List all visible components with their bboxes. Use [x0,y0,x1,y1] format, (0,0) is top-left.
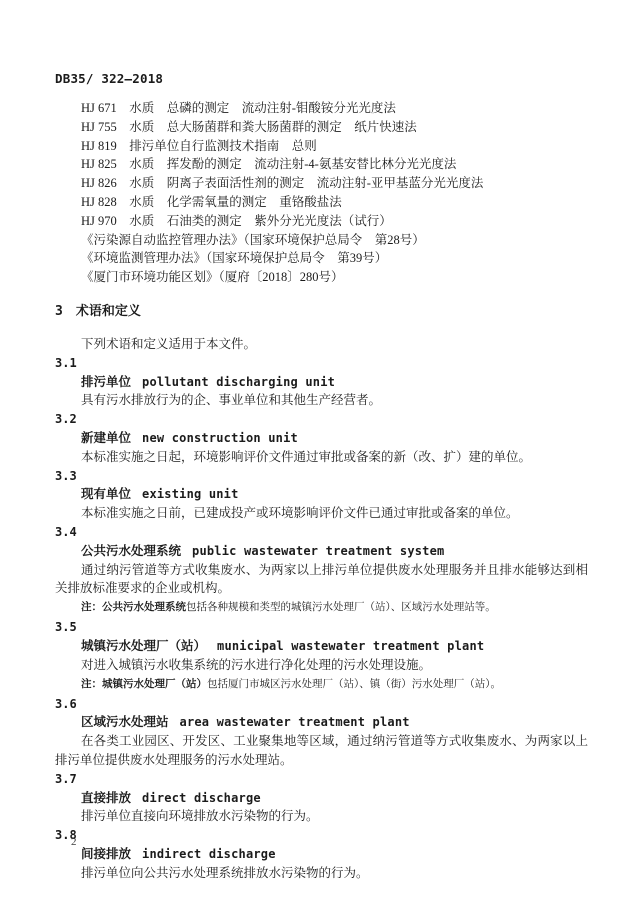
standard-number: DB35/ 322—2018 [55,71,163,86]
term-note: 注：公共污水处理系统包括各种规模和类型的城镇污水处理厂（站）、区域污水处理站等。 [55,599,588,616]
term-english: indirect discharge [142,847,276,861]
term-block-3-1: 3.1 排污单位pollutant discharging unit 具有污水排… [55,354,588,410]
term-number: 3.1 [55,354,588,373]
term-definition: 排污单位直接向环境排放水污染物的行为。 [55,807,588,826]
term-number: 3.2 [55,410,588,429]
term-definition: 通过纳污管道等方式收集废水、为两家以上排污单位提供废水处理服务并且排水能够达到相… [55,561,588,599]
term-block-3-6: 3.6 区域污水处理站area wastewater treatment pla… [55,695,588,770]
reference-item: 《环境监测管理办法》（国家环境保护总局令 第39号） [55,249,588,268]
term-definition: 具有污水排放行为的企、事业单位和其他生产经营者。 [55,391,588,410]
term-block-3-4: 3.4 公共污水处理系统public wastewater treatment … [55,523,588,616]
term-english: area wastewater treatment plant [180,715,410,729]
reference-item: 《污染源自动监控管理办法》（国家环境保护总局令 第28号） [55,231,588,250]
term-title: 新建单位new construction unit [55,429,588,448]
term-note-label: 注：城镇污水处理厂（站） [81,678,207,690]
section-heading: 3术语和定义 [55,301,588,321]
term-chinese: 公共污水处理系统 [81,544,181,558]
reference-item: HJ 826 水质 阴离子表面活性剂的测定 流动注射-亚甲基蓝分光光度法 [55,174,588,193]
reference-item: 《厦门市环境功能区划》（厦府〔2018〕280号） [55,268,588,287]
reference-item: HJ 671 水质 总磷的测定 流动注射-钼酸铵分光光度法 [55,99,588,118]
term-note-label: 注：公共污水处理系统 [81,601,186,613]
term-block-3-2: 3.2 新建单位new construction unit 本标准实施之日起，环… [55,410,588,466]
term-title: 直接排放direct discharge [55,789,588,808]
term-english: public wastewater treatment system [192,544,444,558]
term-title: 间接排放indirect discharge [55,845,588,864]
term-definition: 本标准实施之日前，已建成投产或环境影响评价文件已通过审批或备案的单位。 [55,504,588,523]
term-number: 3.5 [55,618,588,637]
term-title: 排污单位pollutant discharging unit [55,373,588,392]
term-block-3-5: 3.5 城镇污水处理厂（站）municipal wastewater treat… [55,618,588,692]
term-english: new construction unit [142,431,298,445]
term-title: 城镇污水处理厂（站）municipal wastewater treatment… [55,637,588,656]
reference-item: HJ 819 排污单位自行监测技术指南 总则 [55,137,588,156]
term-definition: 在各类工业园区、开发区、工业聚集地等区域，通过纳污管道等方式收集废水、为两家以上… [55,732,588,770]
term-number: 3.8 [55,826,588,845]
term-number: 3.4 [55,523,588,542]
term-number: 3.6 [55,695,588,714]
term-title: 区域污水处理站area wastewater treatment plant [55,713,588,732]
term-definition: 本标准实施之日起，环境影响评价文件通过审批或备案的新（改、扩）建的单位。 [55,448,588,467]
term-definition: 排污单位向公共污水处理系统排放水污染物的行为。 [55,864,588,883]
term-english: direct discharge [142,791,261,805]
term-block-3-8: 3.8 间接排放indirect discharge 排污单位向公共污水处理系统… [55,826,588,882]
term-note-text: 包括厦门市城区污水处理厂（站）、镇（街）污水处理厂（站）。 [207,679,501,690]
references-list: HJ 671 水质 总磷的测定 流动注射-钼酸铵分光光度法 HJ 755 水质 … [55,99,588,287]
term-english: existing unit [142,487,239,501]
term-chinese: 区域污水处理站 [81,715,169,729]
document-header: DB35/ 322—2018 [55,72,588,86]
reference-item: HJ 828 水质 化学需氧量的测定 重铬酸盐法 [55,193,588,212]
term-number: 3.7 [55,770,588,789]
term-title: 现有单位existing unit [55,485,588,504]
term-note: 注：城镇污水处理厂（站）包括厦门市城区污水处理厂（站）、镇（街）污水处理厂（站）… [55,676,588,693]
term-number: 3.3 [55,467,588,486]
document-page: DB35/ 322—2018 HJ 671 水质 总磷的测定 流动注射-钼酸铵分… [0,0,640,906]
term-block-3-3: 3.3 现有单位existing unit 本标准实施之日前，已建成投产或环境影… [55,467,588,523]
term-english: municipal wastewater treatment plant [217,639,484,653]
term-title: 公共污水处理系统public wastewater treatment syst… [55,542,588,561]
page-number: 2 [71,833,77,852]
term-chinese: 现有单位 [81,487,131,501]
term-definition: 对进入城镇污水收集系统的污水进行净化处理的污水处理设施。 [55,656,588,675]
section-intro: 下列术语和定义适用于本文件。 [55,335,588,354]
term-block-3-7: 3.7 直接排放direct discharge 排污单位直接向环境排放水污染物… [55,770,588,826]
reference-item: HJ 755 水质 总大肠菌群和粪大肠菌群的测定 纸片快速法 [55,118,588,137]
term-chinese: 新建单位 [81,431,131,445]
term-chinese: 排污单位 [81,375,131,389]
term-chinese: 间接排放 [81,847,131,861]
term-chinese: 直接排放 [81,791,131,805]
section-title: 术语和定义 [76,303,141,318]
reference-item: HJ 825 水质 挥发酚的测定 流动注射-4-氨基安替比林分光光度法 [55,155,588,174]
term-english: pollutant discharging unit [142,375,335,389]
section-number: 3 [55,304,63,319]
reference-item: HJ 970 水质 石油类的测定 紫外分光光度法（试行） [55,212,588,231]
term-chinese: 城镇污水处理厂（站） [81,639,206,653]
term-note-text: 包括各种规模和类型的城镇污水处理厂（站）、区域污水处理站等。 [186,602,496,613]
